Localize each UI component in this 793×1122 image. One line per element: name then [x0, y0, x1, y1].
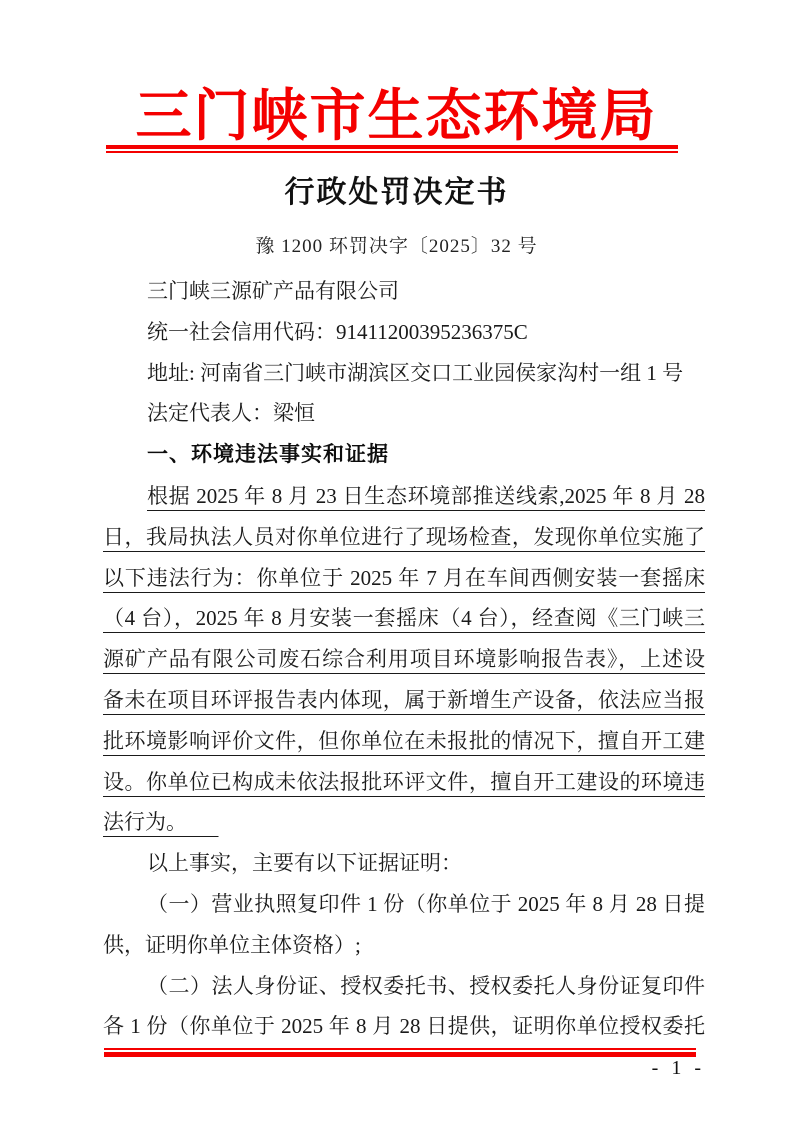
body-line-2: 统一社会信用代码：91411200395236375C — [103, 312, 705, 353]
body-line-text: 各 1 份（你单位于 2025 年 8 月 28 日提供，证明你单位授权委托 — [103, 1014, 705, 1038]
body-line-text: 以下违法行为：你单位于 2025 年 7 月在车间西侧安装一套摇床 — [103, 566, 705, 590]
page-number: - 1 - — [652, 1057, 705, 1080]
body-line-text: 以上事实，主要有以下证据证明： — [147, 851, 462, 875]
body-line-text: 法定代表人：梁恒 — [147, 401, 315, 425]
body-line-5: 一、环境违法事实和证据 — [103, 434, 705, 476]
body-line-11: 备未在项目环评报告表内体现，属于新增生产设备，依法应当报 — [103, 680, 705, 721]
body-line-8: 以下违法行为：你单位于 2025 年 7 月在车间西侧安装一套摇床 — [103, 558, 705, 599]
body-line-text: 设。你单位已构成未依法报批环评文件，擅自开工建设的环境违 — [103, 770, 705, 794]
body-line-text: 供，证明你单位主体资格）; — [103, 933, 361, 957]
body-line-17: 供，证明你单位主体资格）; — [103, 925, 705, 966]
body-line-text: 一、环境违法事实和证据 — [147, 443, 389, 466]
body-line-text: 日，我局执法人员对你单位进行了现场检查，发现你单位实施了 — [103, 525, 705, 549]
body-line-text: 三门峡三源矿产品有限公司 — [147, 279, 399, 303]
document-body: 三门峡三源矿产品有限公司 统一社会信用代码：91411200395236375C… — [103, 271, 705, 1047]
header-divider — [106, 145, 678, 153]
body-line-10: 源矿产品有限公司废石综合利用项目环境影响报告表》，上述设 — [103, 639, 705, 680]
body-line-19: 各 1 份（你单位于 2025 年 8 月 28 日提供，证明你单位授权委托 — [103, 1006, 705, 1047]
header-divider-thin-line — [106, 151, 678, 153]
body-line-text: 批环境影响评价文件，但你单位在未报批的情况下，擅自开工建 — [103, 729, 705, 753]
body-line-16: （一）营业执照复印件 1 份（你单位于 2025 年 8 月 28 日提 — [103, 884, 705, 925]
body-line-6: 根据 2025 年 8 月 23 日生态环境部推送线索,2025 年 8 月 2… — [103, 476, 705, 517]
body-line-9: （4 台），2025 年 8 月安装一套摇床（4 台），经查阅《三门峡三 — [103, 598, 705, 639]
body-line-3: 地址: 河南省三门峡市湖滨区交口工业园侯家沟村一组 1 号 — [103, 353, 705, 394]
body-line-text: 地址: 河南省三门峡市湖滨区交口工业园侯家沟村一组 1 号 — [147, 361, 683, 385]
body-line-13: 设。你单位已构成未依法报批环评文件，擅自开工建设的环境违 — [103, 762, 705, 803]
footer-divider — [104, 1048, 696, 1057]
body-line-text: （二）法人身份证、授权委托书、授权委托人身份证复印件 — [147, 974, 705, 998]
doc-title: 行政处罚决定书 — [0, 167, 793, 211]
body-line-18: （二）法人身份证、授权委托书、授权委托人身份证复印件 — [103, 966, 705, 1007]
body-line-14: 法行为。 — [103, 802, 705, 843]
body-line-text: （一）营业执照复印件 1 份（你单位于 2025 年 8 月 28 日提 — [147, 892, 705, 916]
body-line-text: 源矿产品有限公司废石综合利用项目环境影响报告表》，上述设 — [103, 647, 705, 671]
body-line-text: 备未在项目环评报告表内体现，属于新增生产设备，依法应当报 — [103, 688, 705, 712]
footer-divider-thick-line — [104, 1052, 696, 1057]
body-line-4: 法定代表人：梁恒 — [103, 393, 705, 434]
body-line-7: 日，我局执法人员对你单位进行了现场检查，发现你单位实施了 — [103, 517, 705, 558]
body-line-text: （4 台），2025 年 8 月安装一套摇床（4 台），经查阅《三门峡三 — [103, 606, 705, 630]
document-page: 三门峡市生态环境局 行政处罚决定书 豫 1200 环罚决字〔2025〕32 号 … — [0, 0, 793, 1122]
body-line-text: 法行为。 — [103, 810, 219, 834]
body-line-1: 三门峡三源矿产品有限公司 — [103, 271, 705, 312]
body-line-text: 统一社会信用代码：91411200395236375C — [147, 320, 528, 344]
body-line-12: 批环境影响评价文件，但你单位在未报批的情况下，擅自开工建 — [103, 721, 705, 762]
org-title: 三门峡市生态环境局 — [0, 72, 793, 152]
doc-number: 豫 1200 环罚决字〔2025〕32 号 — [0, 231, 793, 258]
body-line-text: 根据 2025 年 8 月 23 日生态环境部推送线索,2025 年 8 月 2… — [147, 484, 705, 508]
body-line-15: 以上事实，主要有以下证据证明： — [103, 843, 705, 884]
